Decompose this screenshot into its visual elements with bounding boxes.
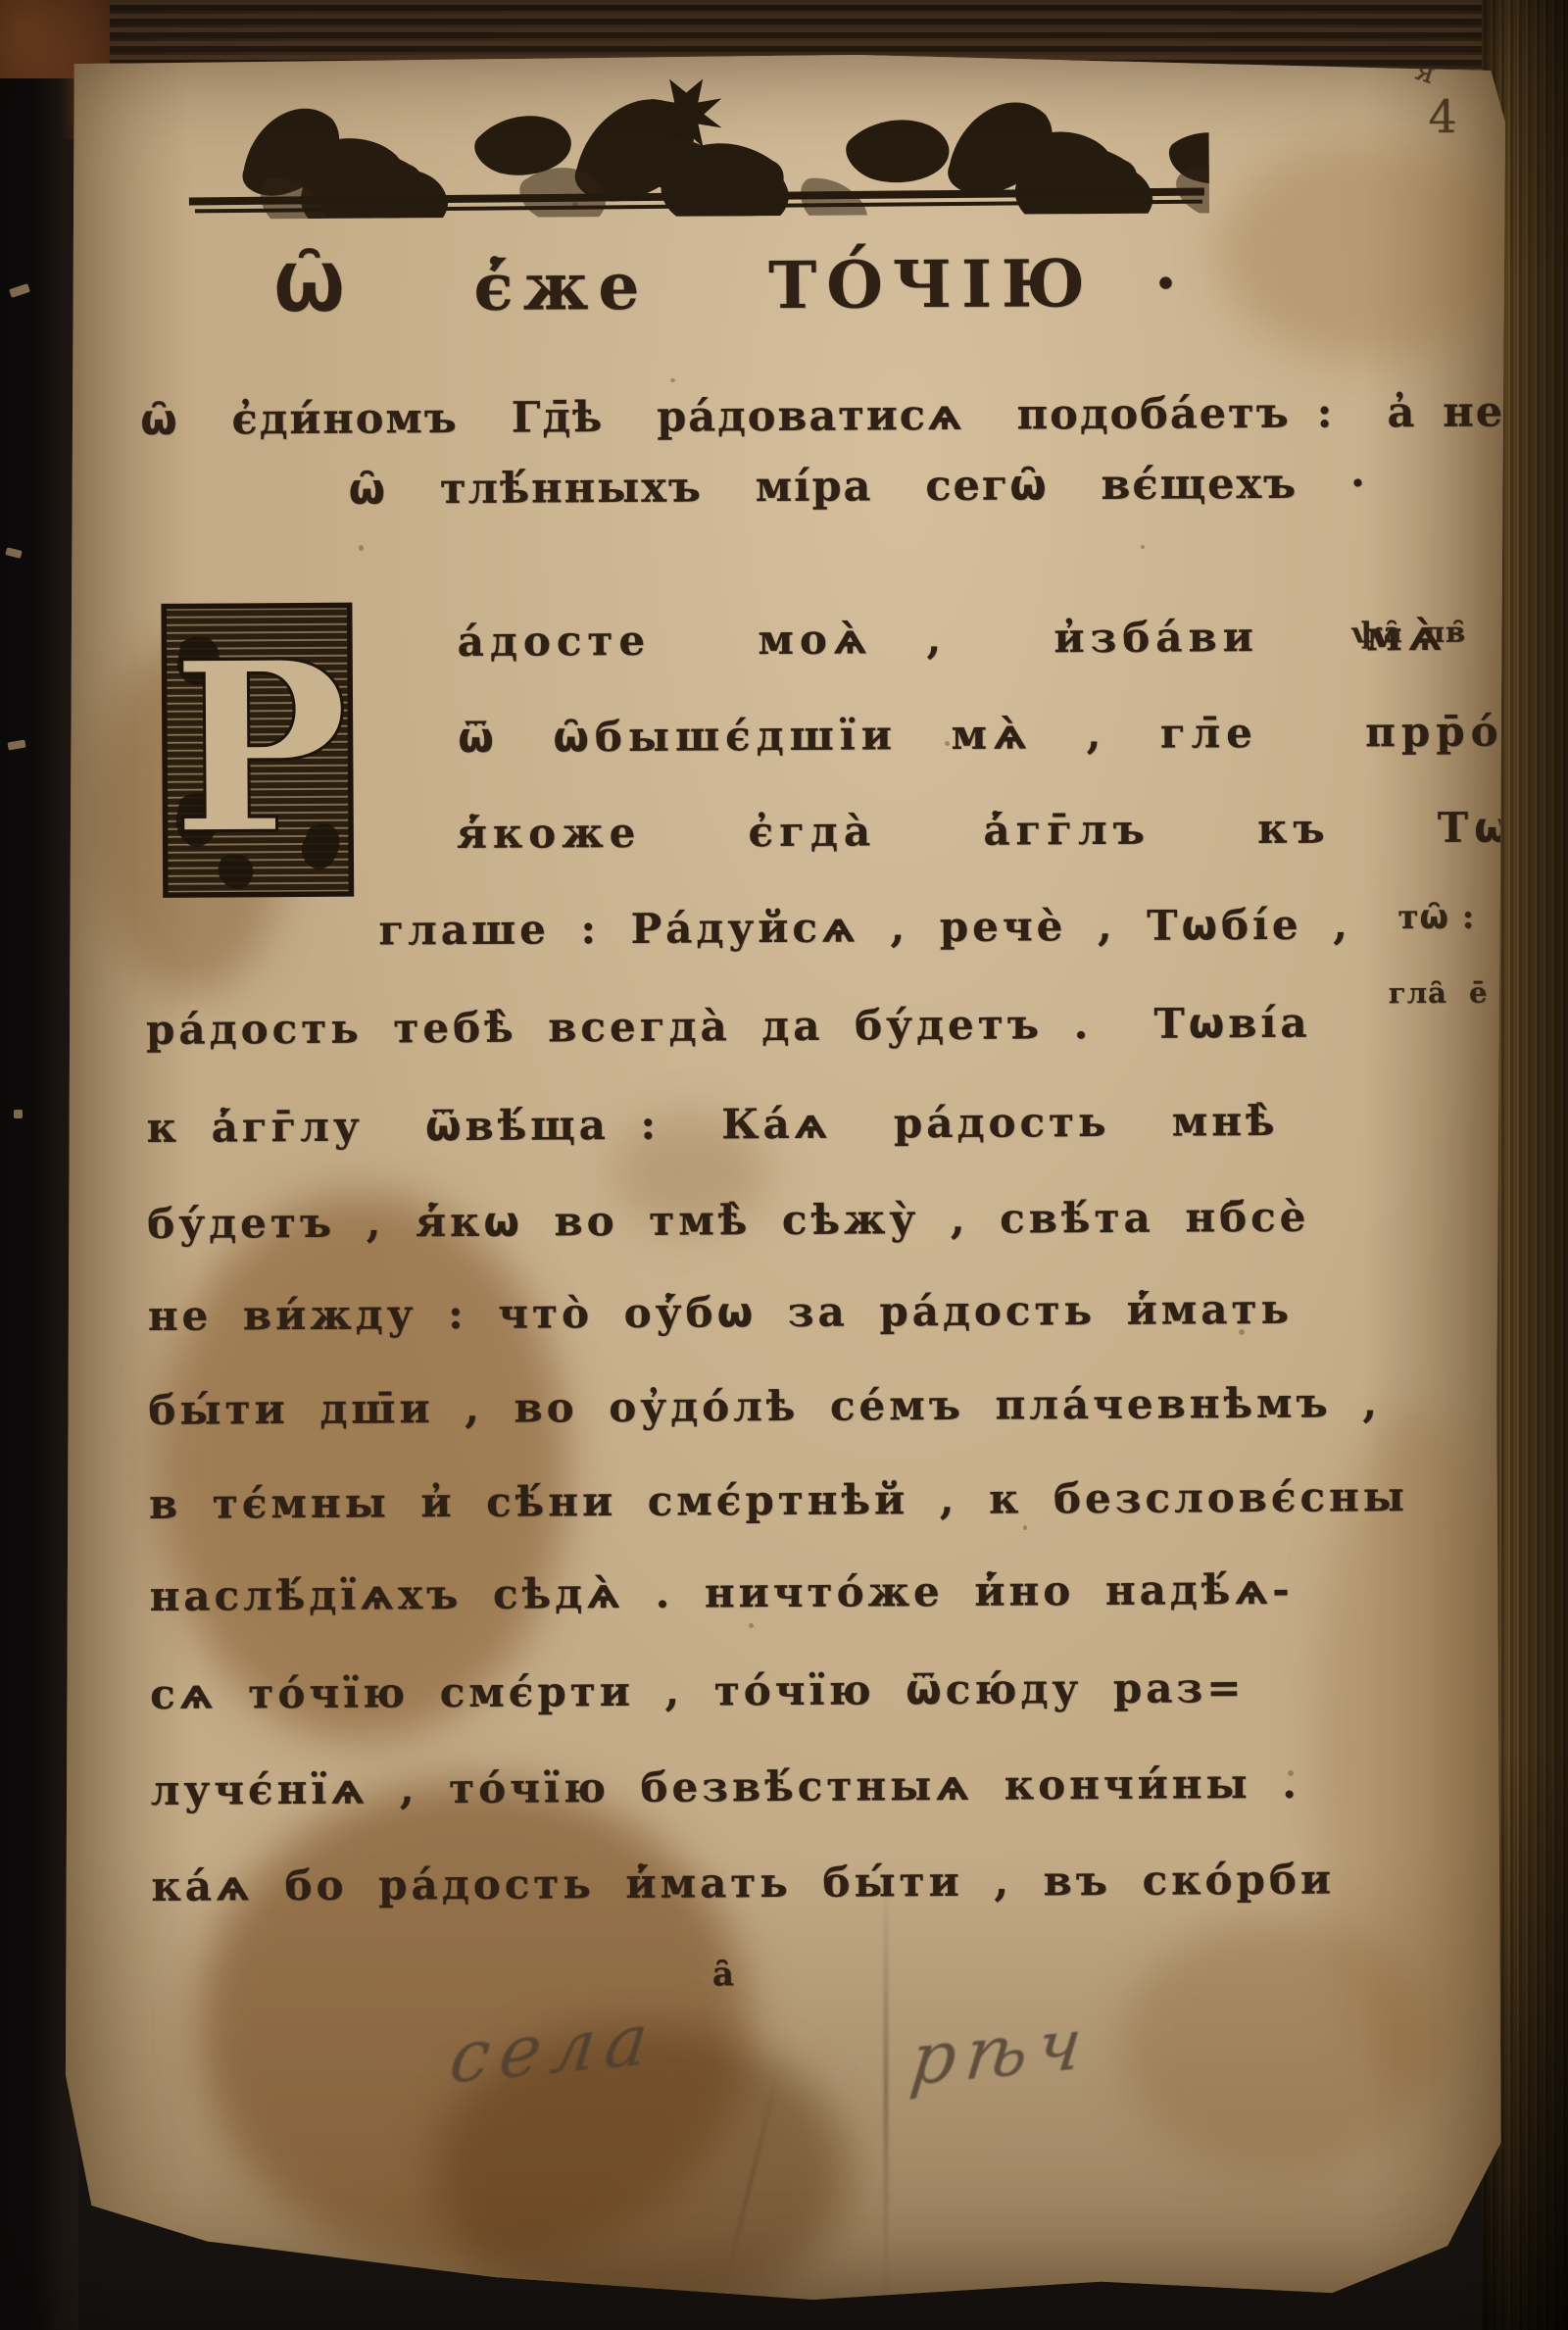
margin-note-psalm: ѱа̑ лв̑ [1351, 616, 1467, 650]
folio-mark-lower: 4 [1428, 90, 1457, 143]
page-title: Ѡ̑ є̓́же ТО́ЧІЮ · [273, 244, 1187, 326]
handwritten-scribble: рѣч [906, 2001, 1097, 2101]
subtitle-line: ѡ̑ є̓ди́номъ Гд̄ѣ ра́доватисѧ подоба́етъ… [140, 387, 1504, 445]
body-line: в тє́мны и̓ сѣ́ни смє́ртнѣй , к безсловє… [149, 1472, 1408, 1528]
signature-mark: а̑ [712, 1955, 734, 1994]
body-line: не ви́жду : что̀ оу̓́бѡ за ра́дость и̓́м… [148, 1285, 1294, 1340]
book-photo: я 4 Ѡ̑ є̓́же ТО́ЧІЮ · ѡ̑ є̓ди́номъ Гд̄ѣ … [0, 0, 1568, 2330]
subtitle-line: ѡ̑ тлѣ́нныхъ мі́ра сегѡ̑ вє́щехъ · [349, 459, 1368, 514]
body-line: бу́детъ , я̓́кѡ во тмѣ̀ сѣжу̀ , свѣ́та н… [147, 1193, 1309, 1248]
body-line: к а̓́гг̄лу ѿвѣ́ща : Ка́ѧ ра́дость мнѣ̀ [147, 1097, 1279, 1152]
body-line: наслѣ́дїѧхъ сѣдѧ̀ . ничто́же и̓́но надѣ́… [149, 1565, 1293, 1620]
handwritten-scribble: села [446, 1997, 662, 2100]
initial-letter-glyph: Р [171, 610, 349, 887]
floral-headpiece-woodcut [184, 74, 1209, 219]
body-line: ра́дость тебѣ̀ всегда̀ да бу́детъ . Тѡві… [146, 999, 1311, 1054]
page-content: я 4 Ѡ̑ є̓́же ТО́ЧІЮ · ѡ̑ є̓ди́номъ Гд̄ѣ … [56, 51, 1512, 2305]
body-line: ѿ ѡ̑бышє́дшїи мѧ̀ , гл̄е прр̄о́къ : [458, 707, 1568, 762]
body-line: глаше : Ра́дуйсѧ , речѐ , Тѡбі́е , [378, 900, 1351, 954]
body-line: а́досте моѧ̀ , и̓зба́ви мѧ̀ [458, 612, 1448, 666]
body-line: лучє́нїѧ , то́чїю безвѣ́стныѧ кончи́ны . [151, 1760, 1300, 1814]
body-line: я̓́коже є̓гда̀ а̓́гг̄лъ къ Тѡві́и [457, 803, 1568, 858]
margin-note-chapter: гла̑ е̄ [1389, 976, 1489, 1011]
body-line: ка́ѧ бо ра́дость и̓́мать бы́ти , въ ско́… [151, 1856, 1335, 1910]
body-line: сѧ то́чїю смє́рти , то́чїю ѿсю́ду раз= [150, 1663, 1246, 1718]
book-page: я 4 Ѡ̑ є̓́же ТО́ЧІЮ · ѡ̑ є̓ди́номъ Гд̄ѣ … [63, 55, 1505, 2300]
gutter-paper-speck [14, 1110, 23, 1118]
body-line: бы́ти дш̄и , во оу̓до́лѣ се́мъ пла́чевнѣ… [148, 1378, 1381, 1434]
decorated-initial-letter: Р [161, 603, 354, 898]
margin-note-tobit: тѡ̑ : [1397, 898, 1475, 937]
